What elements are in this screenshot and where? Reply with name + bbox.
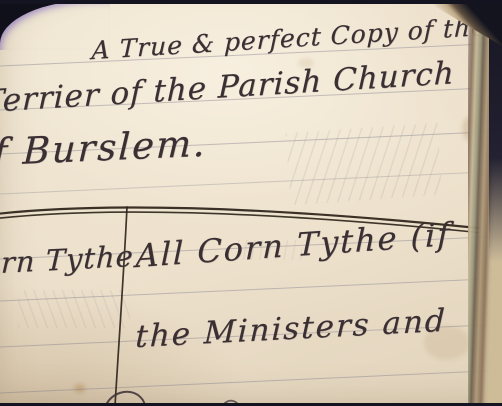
table-left-cell-entry: Corn Tythe — [0, 239, 134, 282]
heading-line-2: Terrier of the Parish Church — [0, 55, 455, 120]
photo-frame: A True & perfect Copy of the Terrier of … — [0, 0, 502, 406]
feint-ruled-line — [0, 169, 502, 195]
photo-top-border — [0, 0, 502, 4]
feint-ruled-line — [0, 368, 502, 394]
table-right-cell-line-1: All Corn Tythe (if — [135, 215, 451, 275]
manuscript-page: A True & perfect Copy of the Terrier of … — [0, 0, 502, 406]
table-right-cell-line-2: the Ministers and — [135, 303, 448, 355]
heading-line-3: of Burslem. — [0, 122, 208, 176]
feint-ruled-line — [0, 276, 502, 302]
column-divider-line — [115, 207, 127, 406]
